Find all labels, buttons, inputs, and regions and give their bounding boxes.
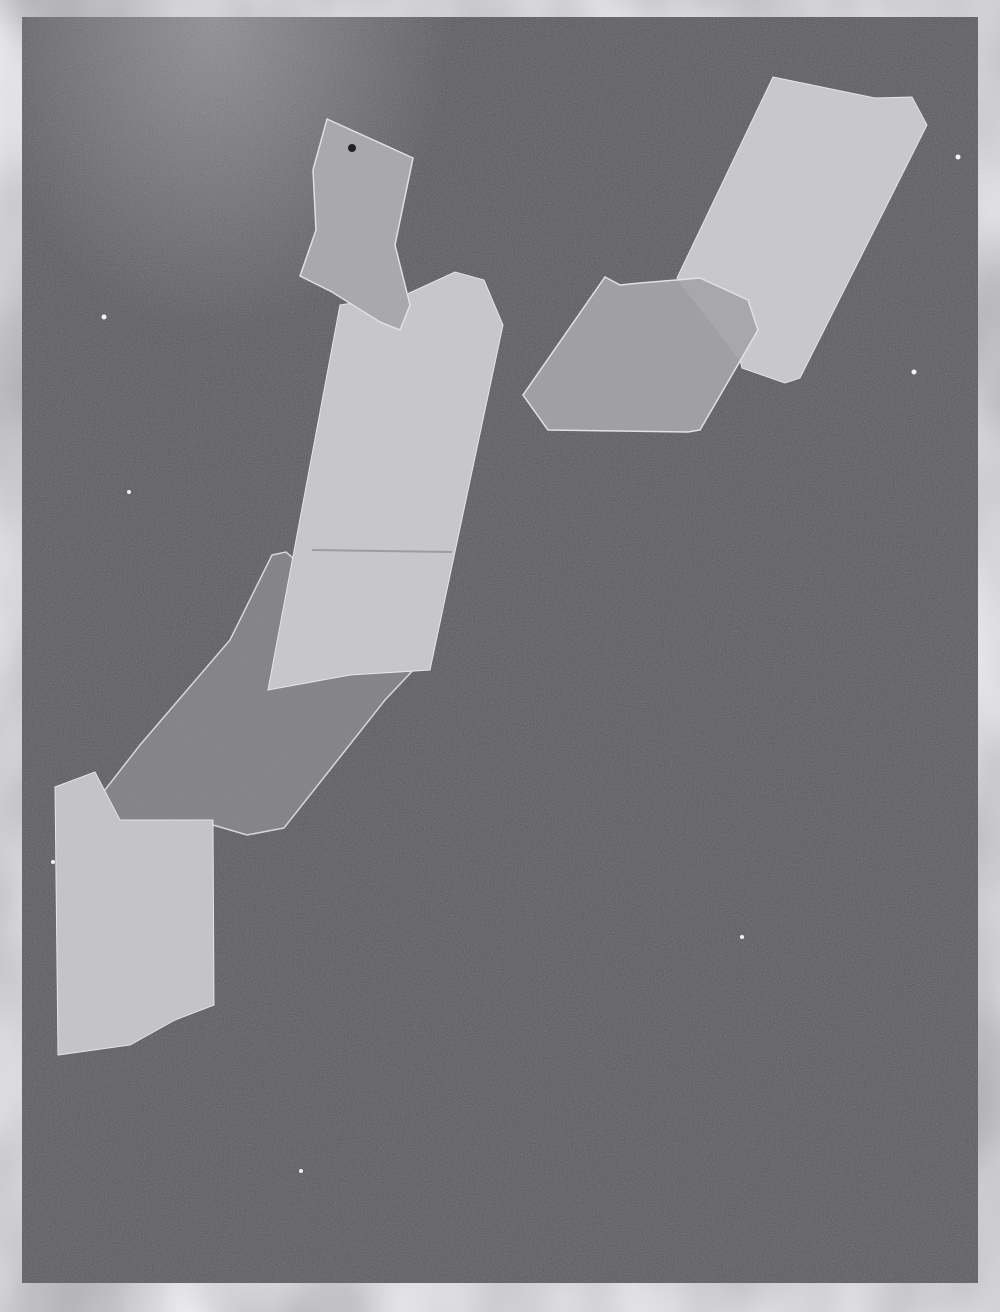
ink-spot xyxy=(348,144,356,152)
artwork-canvas xyxy=(0,0,1000,1312)
